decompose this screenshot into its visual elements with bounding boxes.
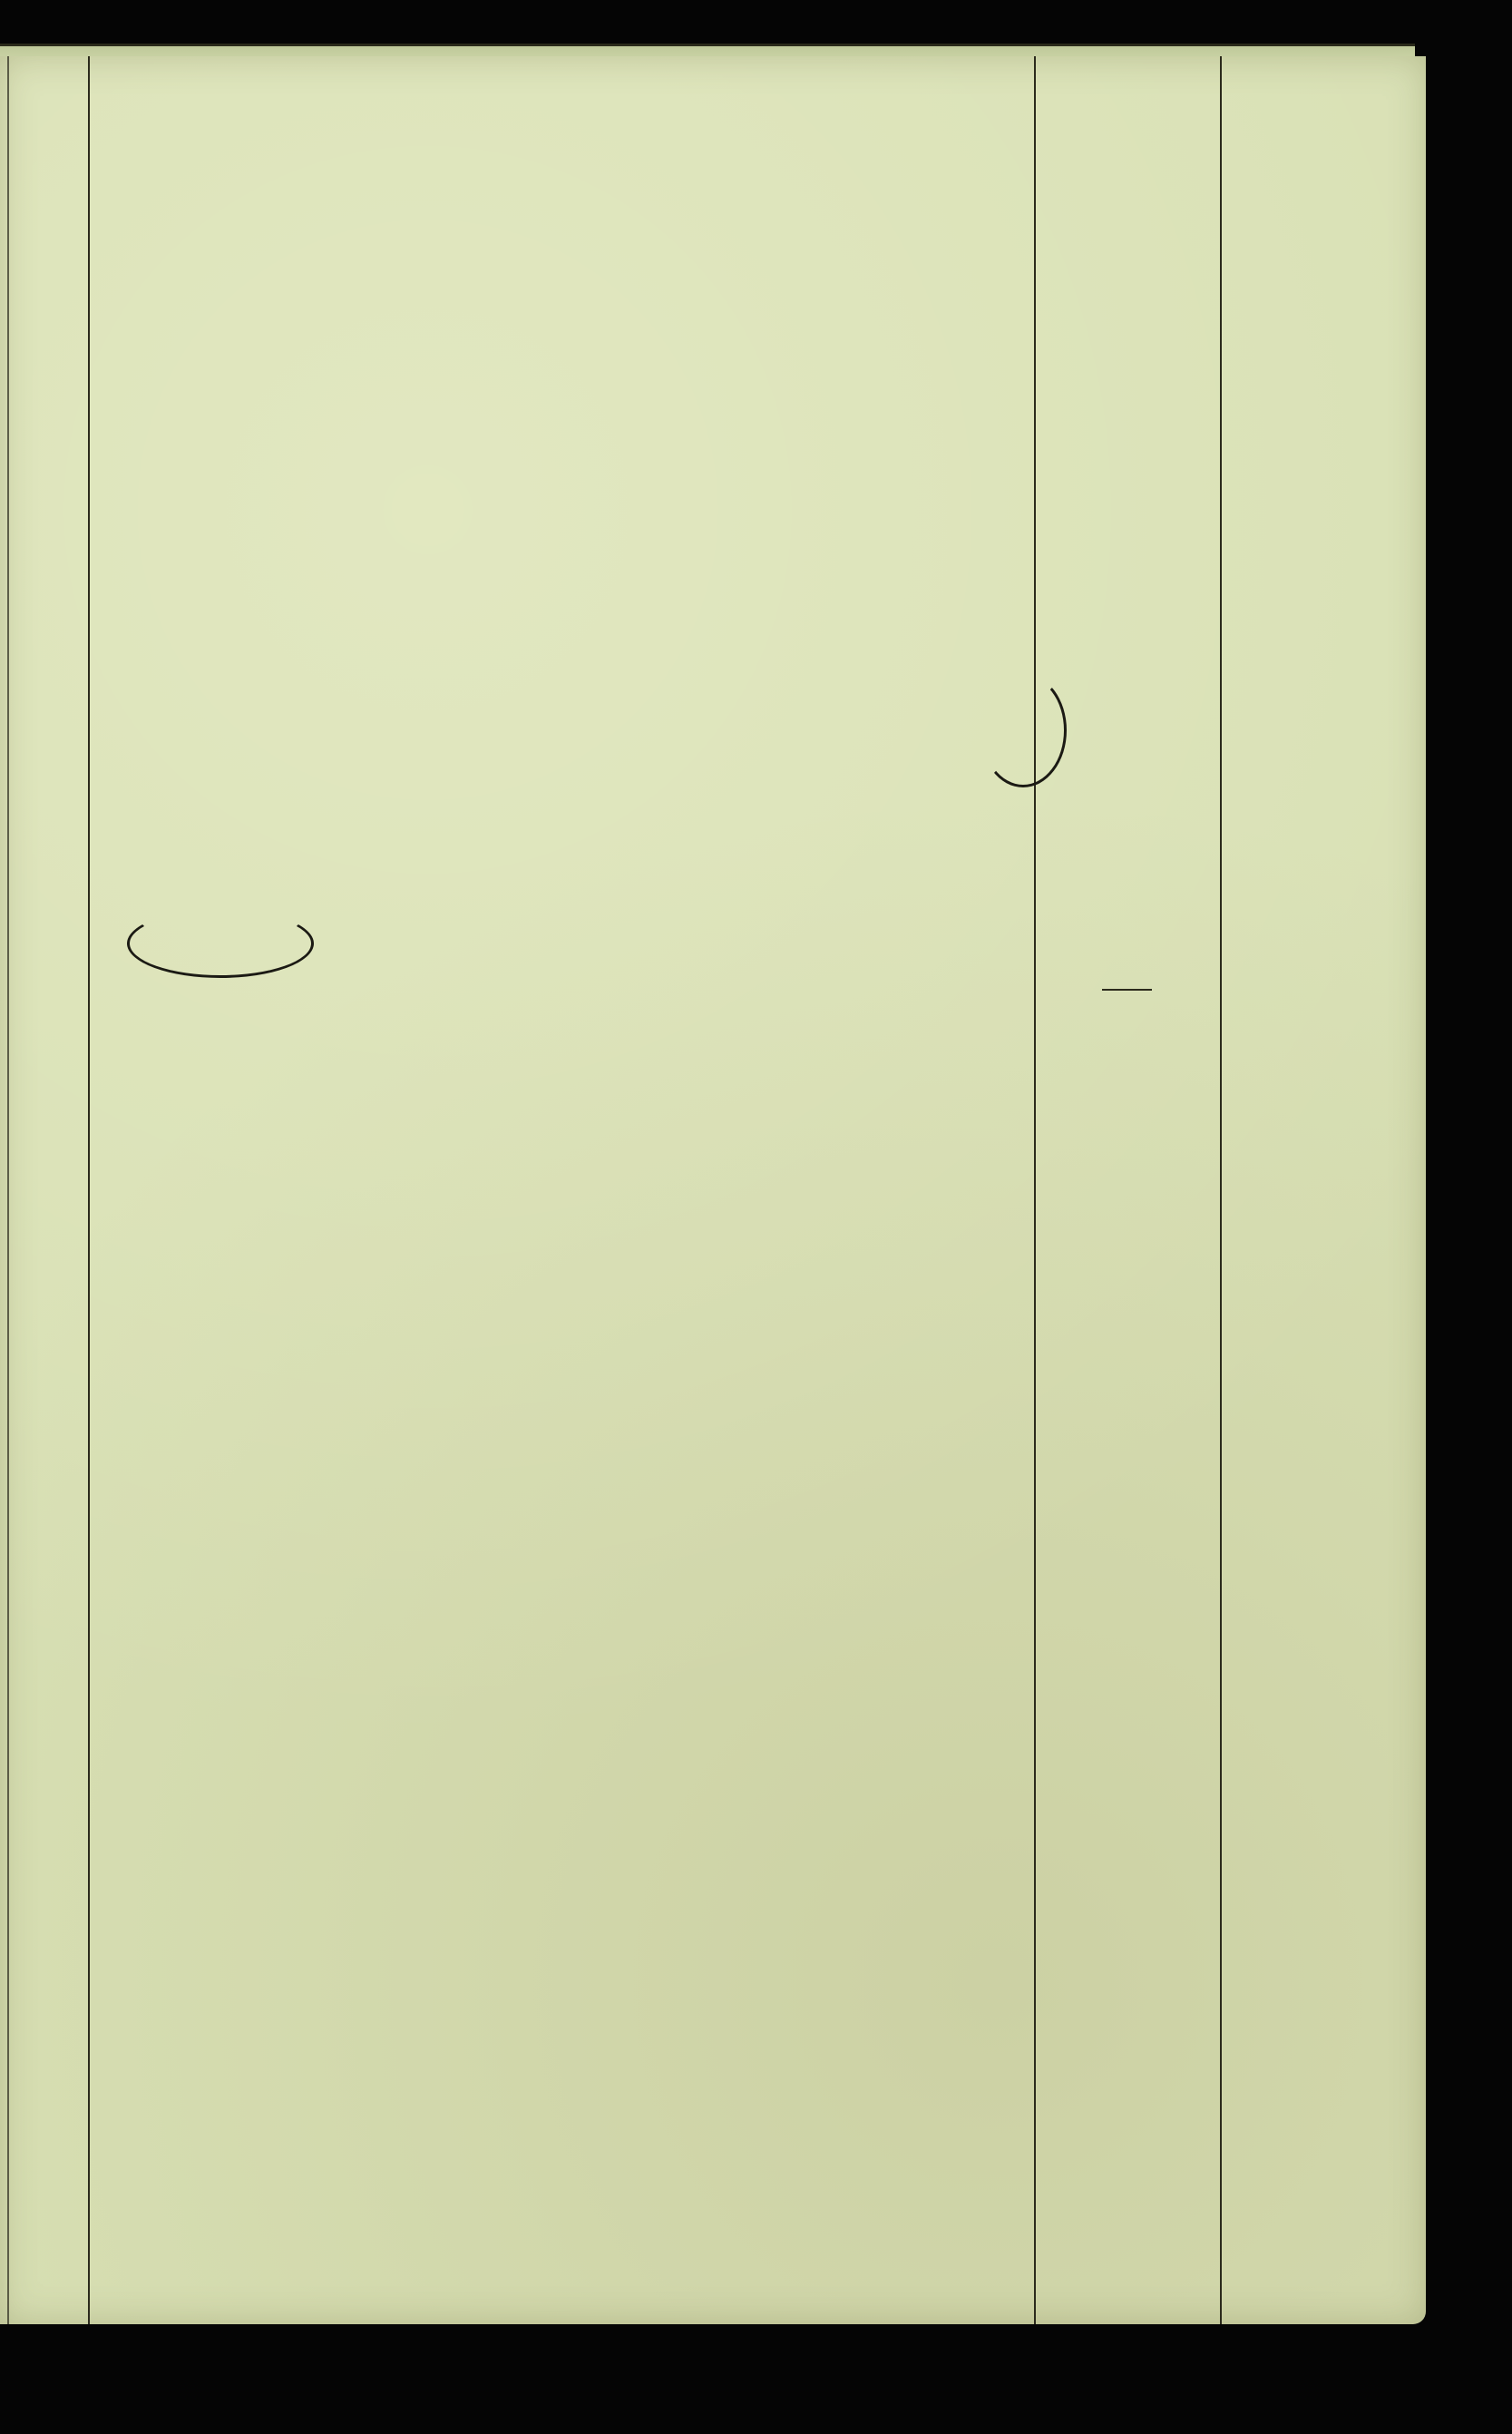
signature-flourish bbox=[980, 673, 1067, 787]
manuscript-page bbox=[0, 56, 1426, 2324]
column-dash bbox=[1102, 989, 1152, 991]
left-margin-rule bbox=[88, 56, 90, 2324]
middle-column-rule bbox=[1034, 56, 1036, 2324]
margin-note-flourish bbox=[127, 909, 314, 978]
right-column-rule bbox=[1220, 56, 1222, 2324]
binding-edge-rule bbox=[7, 56, 9, 2324]
